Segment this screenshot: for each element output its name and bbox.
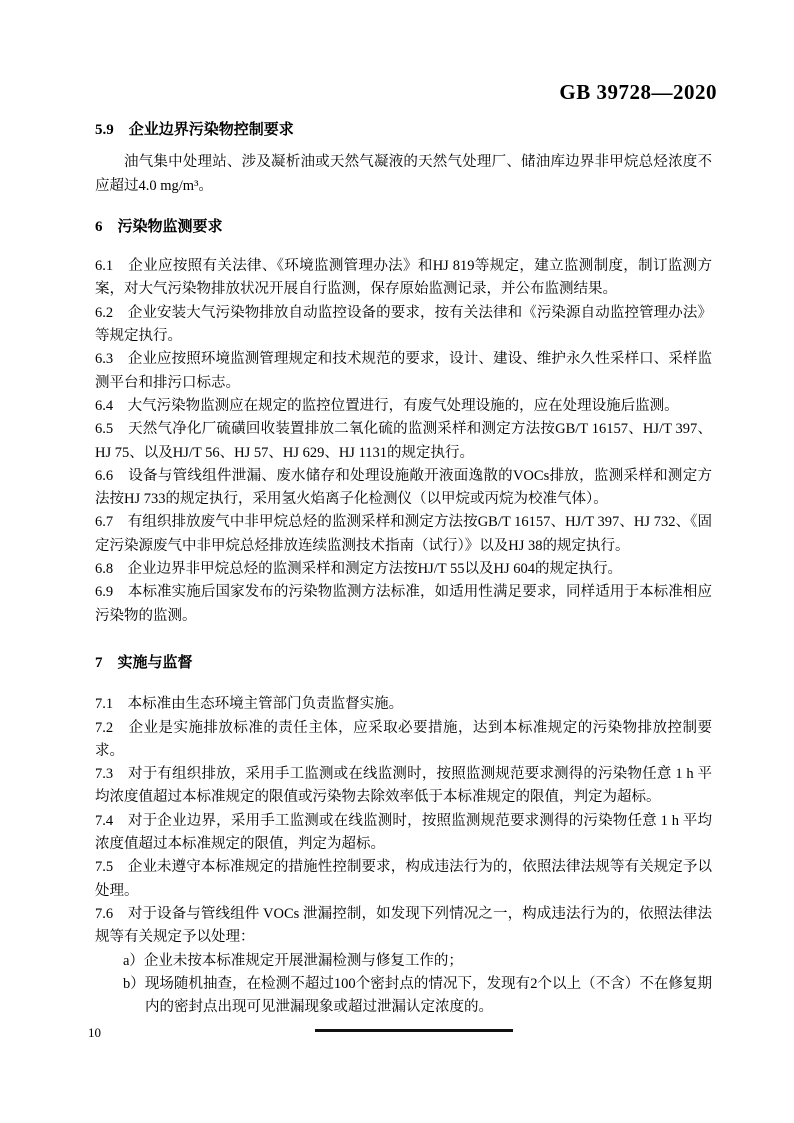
item-6-2: 6.2 企业安装大气污染物排放自动监控设备的要求，按有关法律和《污染源自动监控管… bbox=[95, 302, 712, 349]
item-6-3: 6.3 企业应按照环境监测管理规定和技术规范的要求，设计、建设、维护永久性采样口… bbox=[95, 348, 712, 395]
section-heading-5-9: 5.9 企业边界污染物控制要求 bbox=[95, 119, 712, 142]
document-page: GB 39728—2020 5.9 企业边界污染物控制要求 油气集中处理站、涉及… bbox=[0, 0, 794, 1123]
document-body: 5.9 企业边界污染物控制要求 油气集中处理站、涉及凝析油或天然气凝液的天然气处… bbox=[95, 119, 712, 1019]
item-7-6: 7.6 对于设备与管线组件 VOCs 泄漏控制，如发现下列情况之一，构成违法行为… bbox=[95, 903, 712, 950]
section-heading-7: 7 实施与监督 bbox=[95, 652, 712, 675]
item-7-1: 7.1 本标准由生态环境主管部门负责监督实施。 bbox=[95, 693, 712, 716]
item-6-1: 6.1 企业应按照有关法律、《环境监测管理办法》和HJ 819等规定，建立监测制… bbox=[95, 255, 712, 302]
para-5-9: 油气集中处理站、涉及凝析油或天然气凝液的天然气处理厂、储油库边界非甲烷总烃浓度不… bbox=[95, 151, 712, 198]
item-6-9: 6.9 本标准实施后国家发布的污染物监测方法标准，如适用性满足要求，同样适用于本… bbox=[95, 581, 712, 628]
section-heading-6: 6 污染物监测要求 bbox=[95, 216, 712, 239]
item-7-2: 7.2 企业是实施排放标准的责任主体，应采取必要措施，达到本标准规定的污染物排放… bbox=[95, 717, 712, 764]
item-6-4: 6.4 大气污染物监测应在规定的监控位置进行，有废气处理设施的，应在处理设施后监… bbox=[95, 395, 712, 418]
subitem-7-6-a: a）企业未按本标准规定开展泄漏检测与修复工作的； bbox=[145, 950, 712, 973]
subitem-7-6-b: b）现场随机抽查，在检测不超过100个密封点的情况下，发现有2个以上（不含）不在… bbox=[145, 973, 712, 1020]
footer-divider-line bbox=[315, 1029, 513, 1032]
item-6-7: 6.7 有组织排放废气中非甲烷总烃的监测采样和测定方法按GB/T 16157、H… bbox=[95, 511, 712, 558]
item-6-6: 6.6 设备与管线组件泄漏、废水储存和处理设施敞开液面逸散的VOCs排放，监测采… bbox=[95, 465, 712, 512]
page-number: 10 bbox=[88, 1025, 101, 1041]
item-7-3: 7.3 对于有组织排放，采用手工监测或在线监测时，按照监测规范要求测得的污染物任… bbox=[95, 763, 712, 810]
item-7-5: 7.5 企业未遵守本标准规定的措施性控制要求，构成违法行为的，依照法律法规等有关… bbox=[95, 856, 712, 903]
item-7-4: 7.4 对于企业边界，采用手工监测或在线监测时，按照监测规范要求测得的污染物任意… bbox=[95, 810, 712, 857]
item-6-8: 6.8 企业边界非甲烷总烃的监测采样和测定方法按HJ/T 55以及HJ 604的… bbox=[95, 558, 712, 581]
item-6-5: 6.5 天然气净化厂硫磺回收装置排放二氧化硫的监测采样和测定方法按GB/T 16… bbox=[95, 418, 712, 465]
standard-number: GB 39728—2020 bbox=[559, 80, 717, 105]
